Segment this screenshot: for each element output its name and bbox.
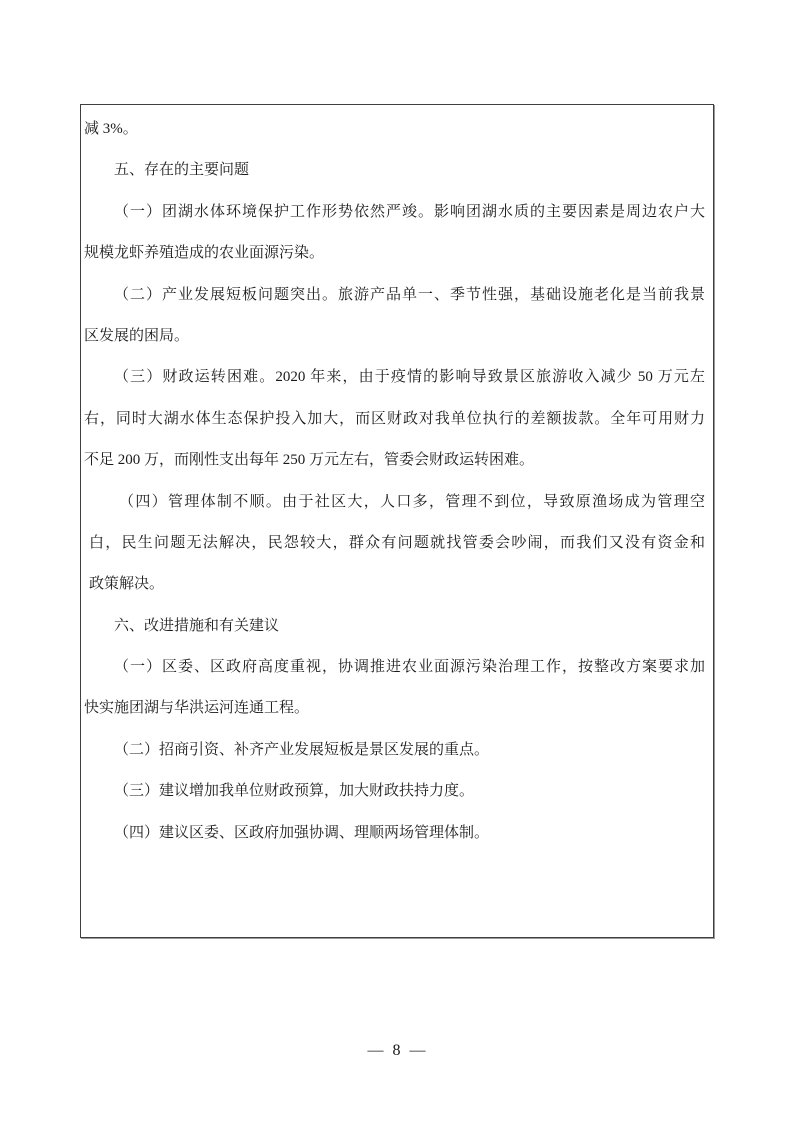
text-line: （四）管理体制不顺。由于社区大，人口多，管理不到位，导致原渔场成为管理空 (84, 482, 705, 523)
text-line: （二）产业发展短板问题突出。旅游产品单一、季节性强，基础设施老化是当前我景 (84, 275, 705, 316)
document-page: 减 3%。 五、存在的主要问题 （一）团湖水体环境保护工作形势依然严竣。影响团湖… (0, 0, 793, 1122)
text-line: （一）团湖水体环境保护工作形势依然严竣。影响团湖水质的主要因素是周边农户大 (84, 192, 705, 233)
text-line: 减 3%。 (84, 109, 705, 150)
text-line: （四）建议区委、区政府加强协调、理顺两场管理体制。 (84, 813, 705, 854)
section-heading: 六、改进措施和有关建议 (84, 606, 705, 647)
text-line: 规模龙虾养殖造成的农业面源污染。 (84, 233, 705, 274)
text-line: 白，民生问题无法解决，民怨较大，群众有问题就找管委会吵闹，而我们又没有资金和 (84, 523, 705, 564)
text-line: （一）区委、区政府高度重视，协调推进农业面源污染治理工作，按整改方案要求加 (84, 647, 705, 688)
text-line: 不足 200 万，而刚性支出每年 250 万元左右，管委会财政运转困难。 (84, 440, 705, 481)
section-heading: 五、存在的主要问题 (84, 150, 705, 191)
page-number: — 8 — (0, 1036, 793, 1066)
text-line: 区发展的困局。 (84, 316, 705, 357)
text-line: 右，同时大湖水体生态保护投入加大，而区财政对我单位执行的差额拔款。全年可用财力 (84, 399, 705, 440)
text-line: （二）招商引资、补齐产业发展短板是景区发展的重点。 (84, 730, 705, 771)
bordered-text-panel: 减 3%。 五、存在的主要问题 （一）团湖水体环境保护工作形势依然严竣。影响团湖… (80, 104, 714, 938)
text-line: 快实施团湖与华洪运河连通工程。 (84, 688, 705, 729)
text-line: （三）建议增加我单位财政预算，加大财政扶持力度。 (84, 771, 705, 812)
text-line: （三）财政运转困难。2020 年来，由于疫情的影响导致景区旅游收入减少 50 万… (84, 357, 705, 398)
text-line: 政策解决。 (84, 564, 705, 605)
